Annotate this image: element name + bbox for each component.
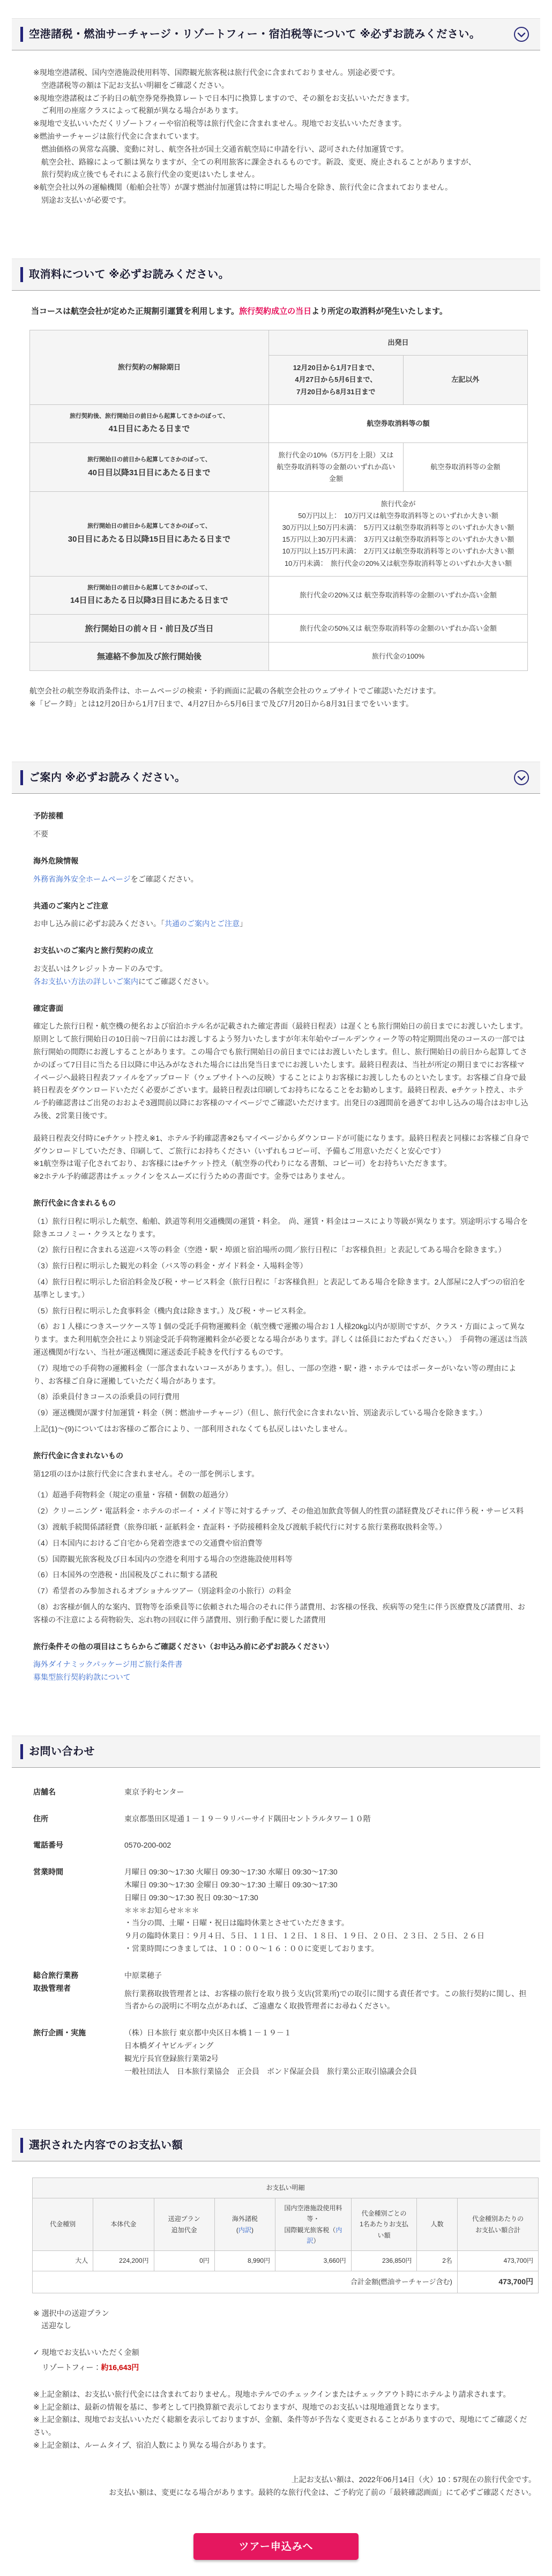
header-departure: 出発日	[268, 330, 527, 356]
section-title-cancellation: 取消料について ※必ずお読みください。	[29, 265, 229, 284]
note: 旅行契約成立後でもそれによる旅行代金の変更はいたしません。	[33, 168, 529, 181]
conditions-link-line2: 募集型旅行契約約款について	[33, 1671, 529, 1684]
guide-heading-confirmation-doc: 確定書面	[33, 1002, 529, 1015]
fineprint-note: ※上記金額は、お支払い旅行代金には含まれておりません。現地ホテルでのチェックイン…	[33, 2388, 529, 2401]
header-peak-dates: 12月20日から1月7日まで、 4月27日から5月6日まで、 7月20日から8月…	[268, 356, 403, 404]
col-header-type: 代金種別	[33, 2198, 93, 2251]
header-release-date: 旅行契約の解除期日	[30, 330, 269, 404]
chevron-down-icon[interactable]	[513, 26, 529, 42]
col-header-base: 本体代金	[93, 2198, 154, 2251]
lead-pre: 当コースは航空会社が定めた正規割引運賃を利用します。	[31, 307, 239, 316]
price-asof-note: 上記お支払い額は、2022年06月14日（火）10：57現在の旅行代金です。 お…	[0, 2474, 536, 2499]
contact-row-address: 住所 東京都墨田区堤通１－１９－９リバーサイド隅田セントラルタワー１０階	[33, 1813, 529, 1826]
section-airport-taxes: 空港諸税・燃油サーチャージ・リゾートフィー・宿泊税等について ※必ずお読みくださ…	[0, 18, 552, 207]
section-header-cancellation: 取消料について ※必ずお読みください。	[12, 259, 540, 291]
guide-heading-payment: お支払いのご案内と旅行契約の成立	[33, 944, 529, 957]
fee-cell: 航空券取消料等の額	[268, 404, 527, 442]
type-total-amount: 473,700円	[457, 2251, 538, 2271]
fee-cell: 旅行代金が 50万円以上： 10万円又は航空券取消料等とのいずれか大きい額 30…	[268, 492, 527, 577]
fineprint-note: ※上記金額は、現地でお支払いいただく総額を表示しておりますが、金額、条件等が予告…	[33, 2413, 529, 2439]
accent-bar	[20, 27, 23, 42]
payment-detail-table: お支払い明細 代金種別 本体代金 送迎プラン 追加代金 海外諸税(内訳) 国内空…	[32, 2178, 539, 2293]
section-header-guide: ご案内 ※必ずお読みください。	[12, 762, 540, 794]
grand-total-value: 473,700円	[457, 2271, 538, 2293]
dynamic-package-conditions-link[interactable]: 海外ダイナミックパッケージ用ご旅行条件書	[33, 1660, 182, 1669]
cancel-note-peak: ※「ピーク時」とは12月20日から1月7日まで、4月27日から5月6日まで及び7…	[29, 698, 552, 711]
manager-info: 中原菜穂子 旅行業務取扱管理者とは、お客様の旅行を取り扱う支店(営業所)での取引…	[124, 1969, 529, 2013]
guide-payment-line2: 各お支払い方法の詳しいご案内にてご確認ください。	[33, 976, 529, 988]
period-cell: 旅行開始日の前々日・前日及び当日	[30, 614, 269, 643]
domestic-tax: 3,660円	[275, 2251, 352, 2271]
included-item: （9）運送機関が課す付加運賃・料金（例：燃油サーチャージ）（但し、旅行代金に含ま…	[33, 1407, 529, 1420]
note: ※航空会社以外の運輸機関（船舶会社等）が課す燃油付加運賃は特に明記した場合を除き…	[33, 181, 529, 194]
included-item: （5）旅行日程に明示した食事料金（機内食は除きます。）及び税・サービス料金。	[33, 1305, 529, 1318]
excluded-item: （5）国際観光旅客税及び日本国内の空港を利用する場合の空港施設使用料等	[33, 1553, 529, 1566]
table-row: 旅行開始日の前々日・前日及び当日 旅行代金の50%又は 航空券取消料等の金額のい…	[30, 614, 528, 643]
transfer-plan-note: ※ 選択中の送迎プラン	[33, 2307, 529, 2320]
base-price: 224,200円	[93, 2251, 154, 2271]
excluded-item: （3）渡航手続関係諸経費（旅券印紙・証紙料金・査証料・予防接種料金及び渡航手続代…	[33, 1521, 529, 1534]
cancellation-lead: 当コースは航空会社が定めた正規割引運賃を利用します。旅行契約成立の当日より所定の…	[31, 305, 552, 319]
guide-heading-vaccination: 予防接種	[33, 810, 529, 823]
guide-common-notice: お申し込み前に必ずお読みください。「共通のご案内とご注意」	[33, 918, 529, 931]
confirmation-doc-note2: ※2ホテル予約確認書はチェックインをスムーズに行うための書面です。金券ではありま…	[33, 1170, 529, 1183]
guide-vaccination-value: 不要	[33, 828, 529, 841]
col-header-transfer: 送迎プラン 追加代金	[154, 2198, 214, 2251]
confirmation-doc-paragraph1: 確定した旅行日程・航空機の便名および宿泊ホテル名が記載された確定書面（最終日程表…	[33, 1020, 529, 1122]
accent-bar	[20, 2138, 23, 2153]
fee-cell: 旅行代金の100%	[268, 643, 527, 671]
contact-value: 東京都墨田区堤通１－１９－９リバーサイド隅田セントラルタワー１０階	[124, 1813, 529, 1826]
manager-description: 旅行業務取扱管理者とは、お客様の旅行を取り扱う支店(営業所)での取引に関する責任…	[124, 1988, 529, 2013]
contact-label: 総合旅行業務 取扱管理者	[33, 1969, 124, 2013]
note: ※現地空港諸税、国内空港施設使用料等、国際観光旅客税は旅行代金に含まれておりませ…	[33, 67, 529, 79]
excluded-item: （1）超過手荷物料金（規定の重量・容積・個数の超過分）	[33, 1489, 529, 1502]
business-hours: 月曜日 09:30～17:30 火曜日 09:30～17:30 水曜日 09:3…	[124, 1866, 529, 1955]
fee-cell-peak: 旅行代金の10%（5万円を上限）又は航空券取消料等の金額のいずれか高い金額	[268, 442, 403, 491]
guide-body: 予防接種 不要 海外危険情報 外務省海外安全ホームページをご確認ください。 共通…	[33, 810, 529, 1684]
period-cell: 旅行開始日の前日から起算してさかのぼって、 30日目にあたる日以降15日目にあた…	[30, 492, 269, 577]
included-item: （7）現地での手荷物の運搬料金（一部含まれないコースがあります。）。但し、一部の…	[33, 1362, 529, 1388]
period-cell: 旅行開始日の前日から起算してさかのぼって、 14日目にあたる日以降3日目にあたる…	[30, 576, 269, 614]
note: 航空会社、路線によって額は異なりますが、全ての利用旅客に課金されるものです。新設…	[33, 156, 529, 169]
guide-heading-excluded: 旅行代金に含まれないもの	[33, 1450, 529, 1463]
included-item: （8）添乗員付きコースの添乗員の同行費用	[33, 1391, 529, 1404]
period-cell: 旅行契約後、旅行開始日の前日から起算してさかのぼって、 41日目にあたる日まで	[30, 404, 269, 442]
table-row: 代金種別 本体代金 送迎プラン 追加代金 海外諸税(内訳) 国内空港施設使用料等…	[33, 2198, 539, 2251]
confirmation-doc-note1: ※1航空券は電子化されており、お客様にはeチケット控え（航空券の代わりになる書類…	[33, 1157, 529, 1170]
section-header-airport-taxes: 空港諸税・燃油サーチャージ・リゾートフィー・宿泊税等について ※必ずお読みくださ…	[12, 18, 540, 50]
per-person-amount: 236,850円	[351, 2251, 417, 2271]
table-row: 旅行開始日の前日から起算してさかのぼって、 30日目にあたる日以降15日目にあた…	[30, 492, 528, 577]
fee-cell: 旅行代金の50%又は 航空券取消料等の金額のいずれか高い金額	[268, 614, 527, 643]
table-row: 旅行契約後、旅行開始日の前日から起算してさかのぼって、 41日目にあたる日まで …	[30, 404, 528, 442]
table-row: 旅行開始日の前日から起算してさかのぼって、 40日目以降31日目にあたる日まで …	[30, 442, 528, 491]
col-header-total: 代金種別あたりの お支払い額合計	[457, 2198, 538, 2251]
payment-data-row: 大人 224,200円 0円 8,990円 3,660円 236,850円 2名…	[33, 2251, 539, 2271]
excluded-item: （6）日本国外の空港税・出国税及びこれに類する諸税	[33, 1569, 529, 1582]
header-other: 左記以外	[403, 356, 527, 404]
conditions-link-line1: 海外ダイナミックパッケージ用ご旅行条件書	[33, 1658, 529, 1671]
change-line: お支払い額は、変更になる場合があります。最終的な旅行代金は、ご予約完了前の「最終…	[0, 2486, 536, 2499]
note: 別途お支払いが必要です。	[33, 194, 529, 207]
fineprint-note: ※上記金額は、最新の情報を基に、参考として円換算額で表示しておりますが、現地での…	[33, 2401, 529, 2414]
contact-label: 営業時間	[33, 1866, 124, 1955]
col-header-count: 人数	[417, 2198, 458, 2251]
excluded-item: （2）クリーニング・電話料金・ホテルのボーイ・メイド等に対するチップ、その他追加…	[33, 1505, 529, 1518]
manager-name: 中原菜穂子	[124, 1969, 529, 1982]
lead-red-highlight: 旅行契約成立の当日	[239, 307, 311, 316]
contact-details: 店舗名 東京予約センター 住所 東京都墨田区堤通１－１９－９リバーサイド隅田セン…	[33, 1786, 529, 2078]
guide-heading-conditions: 旅行条件その他の項目はこちらからご確認ください（お申込み前に必ずお読みください）	[33, 1641, 529, 1654]
resort-fee-amount: 約16,643円	[101, 2363, 139, 2372]
col-header-domestic-tax: 国内空港施設使用料等・ 国際観光旅客税（内訳）	[275, 2198, 352, 2251]
phone-number: 0570-200-002	[124, 1839, 529, 1852]
checkmark-icon: ✓	[33, 2348, 42, 2357]
local-payment-fineprint: ※上記金額は、お支払い旅行代金には含まれておりません。現地ホテルでのチェックイン…	[33, 2388, 529, 2452]
section-header-contact: お問い合わせ	[12, 1736, 540, 1768]
section-payment: 選択された内容でのお支払い額 お支払い明細 代金種別 本体代金 送迎プラン 追加…	[0, 2129, 552, 2560]
transfer-plan-value: 送迎なし	[33, 2320, 529, 2333]
contact-row-hours: 営業時間 月曜日 09:30～17:30 火曜日 09:30～17:30 水曜日…	[33, 1866, 529, 1955]
guide-heading-included: 旅行代金に含まれるもの	[33, 1197, 529, 1210]
apply-button-area: ツアー申込みへ	[0, 2533, 552, 2560]
planner-info: （株）日本旅行 東京都中央区日本橋１－１９－１ 日本橋ダイヤビルディング 観光庁…	[124, 2027, 529, 2078]
section-title-guide: ご案内 ※必ずお読みください。	[29, 769, 186, 787]
contact-row-shop: 店舗名 東京予約センター	[33, 1786, 529, 1799]
overseas-tax-breakdown-link[interactable]: 内訳	[238, 2226, 251, 2234]
mofa-safety-link[interactable]: 外務省海外安全ホームページ	[33, 875, 131, 883]
payment-notes: ※ 選択中の送迎プラン 送迎なし ✓ 現地でお支払いいただく金額 リゾートフィー…	[33, 2307, 529, 2452]
contact-label: 旅行企画・実施	[33, 2027, 124, 2078]
note: ※燃油サーチャージは旅行代金に含まれています。	[33, 130, 529, 143]
cancellation-fee-table: 旅行契約の解除期日 出発日 12月20日から1月7日まで、 4月27日から5月6…	[29, 330, 528, 671]
excluded-item: （7）希望者のみ参加されるオプショナルツアー（別途料金の小旅行）の料金	[33, 1585, 529, 1598]
excluded-item: （4）日本国内におけるご自宅から発着空港までの交通費や宿泊費等	[33, 1537, 529, 1550]
excluded-intro: 第12項のほかは旅行代金に含まれません。その一部を例示します。	[33, 1468, 529, 1481]
fineprint-note: ※上記金額は、ルームタイプ、宿泊人数により異なる場合があります。	[33, 2439, 529, 2452]
contact-row-phone: 電話番号 0570-200-002	[33, 1839, 529, 1852]
fee-cell-other: 航空券取消料等の金額	[403, 442, 527, 491]
payment-total-row: 合計金額(燃油サーチャージ含む) 473,700円	[33, 2271, 539, 2293]
section-cancellation: 取消料について ※必ずお読みください。 当コースは航空会社が定めた正規割引運賃を…	[0, 259, 552, 711]
payment-methods-link[interactable]: 各お支払い方法の詳しいご案内	[33, 977, 138, 986]
section-title-contact: お問い合わせ	[29, 1743, 95, 1761]
tour-apply-button[interactable]: ツアー申込みへ	[193, 2533, 359, 2560]
section-title-payment: 選択された内容でのお支払い額	[29, 2136, 183, 2154]
fee-cell: 旅行代金の20%又は 航空券取消料等の金額のいずれか高い金額	[268, 576, 527, 614]
local-payment-heading: ✓ 現地でお支払いいただく金額	[33, 2346, 529, 2359]
note: ※現地で支払いいただくリゾートフィーや宿泊税等は旅行代金に含まれません。現地でお…	[33, 117, 529, 130]
table-row: お支払い明細	[33, 2178, 539, 2198]
period-cell: 旅行開始日の前日から起算してさかのぼって、 40日目以降31日目にあたる日まで	[30, 442, 269, 491]
table-row: 旅行開始日の前日から起算してさかのぼって、 14日目にあたる日以降3日目にあたる…	[30, 576, 528, 614]
contact-value: 東京予約センター	[124, 1786, 529, 1799]
accent-bar	[20, 267, 23, 282]
note: ※現地空港諸税はご予約日の航空券発券換算レートで日本円に換算しますので、その額を…	[33, 92, 529, 105]
asof-line: 上記お支払い額は、2022年06月14日（火）10：57現在の旅行代金です。	[0, 2474, 536, 2486]
airport-taxes-notes: ※現地空港諸税、国内空港施設使用料等、国際観光旅客税は旅行代金に含まれておりませ…	[33, 67, 529, 207]
section-guide: ご案内 ※必ずお読みください。 予防接種 不要 海外危険情報 外務省海外安全ホー…	[0, 762, 552, 1684]
guide-heading-danger-info: 海外危険情報	[33, 855, 529, 868]
confirmation-doc-paragraph2: 最終日程表交付時にeチケット控え※1、ホテル予約確認書※2もマイページからダウン…	[33, 1132, 529, 1158]
included-item: （2）旅行日程に含まれる送迎バス等の料金（空港・駅・埠頭と宿泊場所の間／旅行日程…	[33, 1244, 529, 1257]
transfer-plan-price: 0円	[154, 2251, 214, 2271]
excluded-item: （8）お客様が個人的な案内、買物等を添乗員等に依頼された場合のそれに伴う諸費用、…	[33, 1601, 529, 1627]
table-row: 旅行契約の解除期日 出発日	[30, 330, 528, 356]
common-notice-link[interactable]: 共通のご案内とご注意	[165, 919, 240, 928]
table-row: 無連絡不参加及び旅行開始後 旅行代金の100%	[30, 643, 528, 671]
section-contact: お問い合わせ 店舗名 東京予約センター 住所 東京都墨田区堤通１－１９－９リバー…	[0, 1736, 552, 2078]
included-item: （1）旅行日程に明示した航空、船舶、鉄道等利用交通機関の運賃・料金。 尚、運賃・…	[33, 1215, 529, 1241]
contact-row-planner: 旅行企画・実施 （株）日本旅行 東京都中央区日本橋１－１９－１ 日本橋ダイヤビル…	[33, 2027, 529, 2078]
included-item: （3）旅行日程に明示した観光の料金（バス等の料金・ガイド料金・入場料金等）	[33, 1260, 529, 1273]
accent-bar	[20, 770, 23, 785]
guide-heading-common-notice: 共通のご案内とご注意	[33, 900, 529, 913]
section-title-airport-taxes: 空港諸税・燃油サーチャージ・リゾートフィー・宿泊税等について ※必ずお読みくださ…	[29, 25, 480, 43]
included-tail-note: 上記(1)～(9)についてはお客様のご都合により、一部利用されなくても払戻しはい…	[33, 1423, 529, 1436]
period-cell: 無連絡不参加及び旅行開始後	[30, 643, 269, 671]
resort-fee-line: リゾートフィー：約16,643円	[42, 2361, 529, 2374]
contact-label: 住所	[33, 1813, 124, 1826]
section-header-payment: 選択された内容でのお支払い額	[12, 2129, 540, 2161]
note: 燃油価格の異常な高騰、変動に対し、航空各社が国土交通省航空局に申請を行い、認可さ…	[33, 143, 529, 156]
payment-table-title: お支払い明細	[33, 2178, 539, 2198]
col-header-overseas-tax: 海外諸税(内訳)	[214, 2198, 275, 2251]
overseas-tax: 8,990円	[214, 2251, 275, 2271]
guide-danger-info: 外務省海外安全ホームページをご確認ください。	[33, 873, 529, 886]
contact-label: 電話番号	[33, 1839, 124, 1852]
guide-payment-line1: お支払いはクレジットカードのみです。	[33, 963, 529, 976]
col-header-per-person: 代金種別ごとの 1名あたりお支払 い額	[351, 2198, 417, 2251]
contact-label: 店舗名	[33, 1786, 124, 1799]
note: ご利用の座席クラスによって税額が異なる場合があります。	[33, 105, 529, 117]
lead-post: より所定の取消料が発生いたします。	[311, 307, 447, 316]
chevron-down-icon[interactable]	[513, 770, 529, 786]
note: 空港諸税等の額は下記お支払い明細をご確認ください。	[33, 79, 529, 92]
cancel-note-airline: 航空会社の航空券取消条件は、ホームページの検索・予約画面に記載の各航空会社のウェ…	[29, 685, 552, 698]
person-count: 2名	[417, 2251, 458, 2271]
contract-terms-link[interactable]: 募集型旅行契約約款について	[33, 1673, 131, 1681]
included-item: （6）お１人様につきスーツケース等１個の受託手荷物運搬料金（航空機で運搬の場合お…	[33, 1320, 529, 1359]
fare-type: 大人	[33, 2251, 93, 2271]
included-item: （4）旅行日程に明示した宿泊料金及び税・サービス料金（旅行日程に「お客様負担」と…	[33, 1276, 529, 1302]
accent-bar	[20, 1744, 23, 1759]
booking-confirmation-page: 空港諸税・燃油サーチャージ・リゾートフィー・宿泊税等について ※必ずお読みくださ…	[0, 0, 552, 2560]
grand-total-label: 合計金額(燃油サーチャージ含む)	[33, 2271, 458, 2293]
contact-row-manager: 総合旅行業務 取扱管理者 中原菜穂子 旅行業務取扱管理者とは、お客様の旅行を取り…	[33, 1969, 529, 2013]
